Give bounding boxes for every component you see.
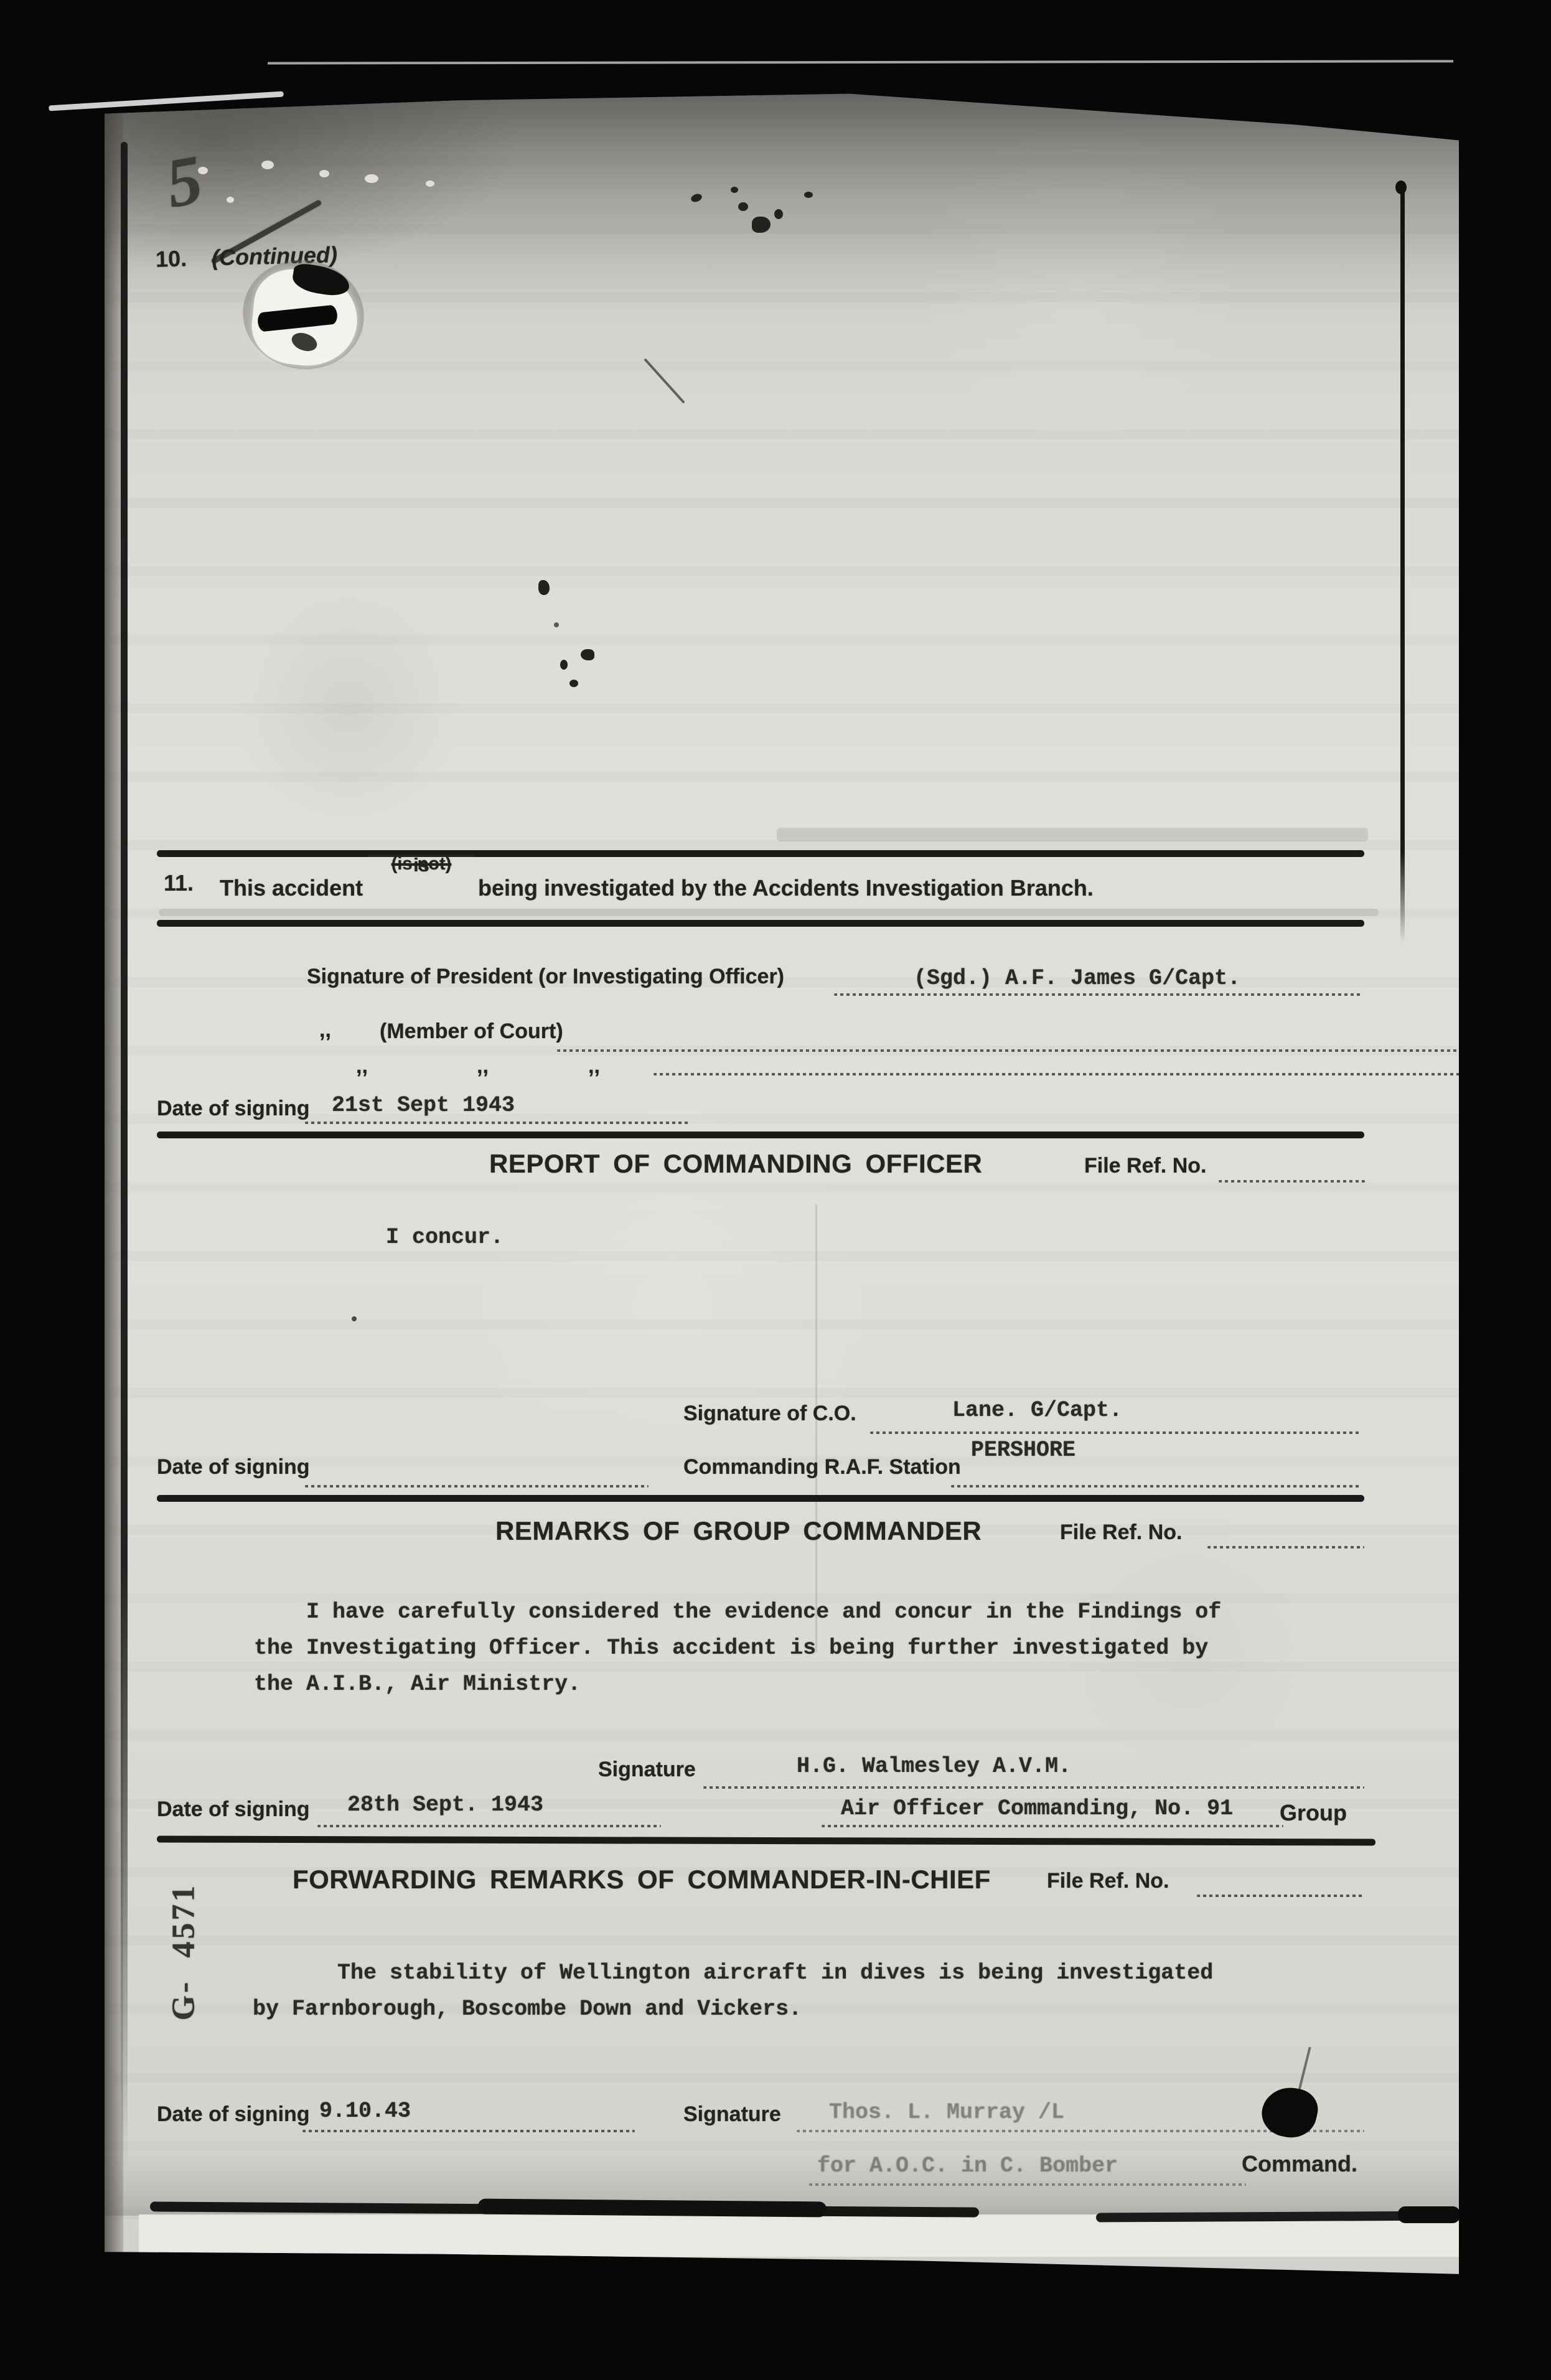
scan-smudge <box>159 909 1379 916</box>
co-signature-label: Signature of C.O. <box>683 1402 856 1426</box>
cinc-signature-label: Signature <box>683 2102 781 2127</box>
date-of-signing-value: 21st Sept 1943 <box>332 1093 515 1118</box>
ink-speck <box>560 660 568 670</box>
horizontal-rule <box>157 850 1364 857</box>
dotted-line <box>305 1485 649 1487</box>
scanned-accident-report-page: 5 10. (Continued) <box>0 0 1551 2380</box>
section-11-text-before: This accident <box>220 875 363 901</box>
form-left-border-line <box>121 142 128 2171</box>
dotted-line <box>305 1122 691 1124</box>
dotted-line <box>870 1431 1362 1434</box>
paper-top-edge-highlight <box>49 91 284 111</box>
ink-blot <box>1258 2082 1322 2143</box>
station-value: PERSHORE <box>971 1438 1075 1463</box>
background-sheet-edge <box>268 60 1453 64</box>
horizontal-rule-thick <box>157 1131 1364 1138</box>
member-ditto-mark: ,, <box>319 1018 331 1042</box>
paper-speck <box>261 161 274 169</box>
kept-option: is <box>413 854 429 876</box>
date-of-signing-label: Date of signing <box>157 1097 310 1121</box>
date-of-signing-label: Date of signing <box>157 1797 310 1822</box>
cinc-remarks-line: The stability of Wellington aircraft in … <box>337 1961 1213 1985</box>
form-right-border-blob <box>1395 180 1407 194</box>
paper-speck <box>227 197 234 203</box>
cinc-signature-value: Thos. L. Murray /L <box>829 2100 1064 2125</box>
paper-crease <box>478 2199 827 2218</box>
section-11-number: 11. <box>164 870 194 896</box>
date-of-signing-label: Date of signing <box>157 2102 310 2127</box>
ditto-mark: ,, <box>477 1054 489 1079</box>
co-signature-value: Lane. G/Capt. <box>952 1398 1122 1423</box>
dotted-line <box>1219 1180 1365 1183</box>
form-right-border-line <box>1400 187 1405 943</box>
concur-text: I concur. <box>386 1225 504 1250</box>
ink-speck <box>569 680 578 687</box>
report-co-title: REPORT OF COMMANDING OFFICER <box>489 1149 982 1179</box>
ink-blot-tail <box>1298 2047 1311 2091</box>
dotted-line <box>1207 1546 1364 1548</box>
president-signature-label: Signature of President (or Investigating… <box>307 965 784 989</box>
file-ref-label: File Ref. No. <box>1060 1520 1182 1545</box>
dotted-line <box>834 993 1363 996</box>
gc-signature-value: H.G. Walmesley A.V.M. <box>797 1754 1071 1779</box>
cinc-remarks-line: by Farnborough, Boscombe Down and Vicker… <box>253 1997 802 2022</box>
paper-fold-line <box>815 1204 817 1652</box>
paper: 5 10. (Continued) <box>105 87 1459 2303</box>
file-ref-label: File Ref. No. <box>1047 1869 1169 1893</box>
aoc-value: Air Officer Commanding, No. 91 <box>841 1796 1233 1821</box>
paper-speck <box>426 180 434 187</box>
ink-speck <box>738 202 748 211</box>
section-10-number: 10. <box>156 246 187 272</box>
ink-speck <box>581 649 594 660</box>
president-signature-value: (Sgd.) A.F. James G/Capt. <box>914 966 1240 991</box>
dotted-line <box>317 1825 661 1827</box>
commanding-station-label: Commanding R.A.F. Station <box>683 1455 961 1479</box>
ditto-mark: ,, <box>588 1054 600 1079</box>
dotted-line <box>654 1073 1464 1075</box>
gc-remarks-line: the Investigating Officer. This accident… <box>254 1636 1208 1661</box>
pencil-scratch <box>644 358 685 403</box>
paper-speck <box>365 174 378 183</box>
ditto-mark: ,, <box>356 1054 368 1079</box>
horizontal-rule-thick <box>157 1835 1375 1845</box>
dotted-line <box>822 1825 1283 1827</box>
gc-remarks-line: I have carefully considered the evidence… <box>306 1600 1221 1624</box>
date-of-signing-value: 28th Sept. 1943 <box>347 1792 543 1817</box>
ink-speck <box>538 580 550 595</box>
group-label: Group <box>1280 1800 1347 1826</box>
member-of-court-label: (Member of Court) <box>380 1019 563 1044</box>
group-commander-title: REMARKS OF GROUP COMMANDER <box>495 1516 982 1546</box>
ink-speck <box>774 209 783 219</box>
gc-remarks-line: the A.I.B., Air Ministry. <box>254 1672 581 1697</box>
dotted-line <box>1197 1895 1365 1897</box>
date-of-signing-label: Date of signing <box>157 1455 310 1479</box>
cinc-title: FORWARDING REMARKS OF COMMANDER-IN-CHIEF <box>293 1865 991 1895</box>
dotted-line <box>302 2130 635 2132</box>
paper-speck <box>198 167 208 174</box>
horizontal-rule <box>157 920 1364 927</box>
section-11-text-after: being investigated by the Accidents Inve… <box>478 875 1094 901</box>
paper-crease <box>1398 2206 1460 2223</box>
gc-signature-label: Signature <box>598 1758 696 1782</box>
dotted-line <box>951 1485 1362 1487</box>
ink-speck <box>731 187 738 193</box>
ink-speck <box>554 622 559 627</box>
registry-stamp: G- 4571 <box>157 1854 212 2050</box>
dotted-line <box>703 1786 1364 1789</box>
ink-speck <box>352 1316 357 1321</box>
dotted-line <box>557 1049 1468 1052</box>
paper-speck <box>319 170 329 177</box>
ink-speck <box>804 192 813 198</box>
file-ref-label: File Ref. No. <box>1084 1154 1206 1178</box>
horizontal-rule-thick <box>157 1495 1364 1502</box>
date-of-signing-value: 9.10.43 <box>319 2099 411 2124</box>
scan-smudge <box>777 828 1368 841</box>
scan-shading-top-left <box>105 87 715 355</box>
